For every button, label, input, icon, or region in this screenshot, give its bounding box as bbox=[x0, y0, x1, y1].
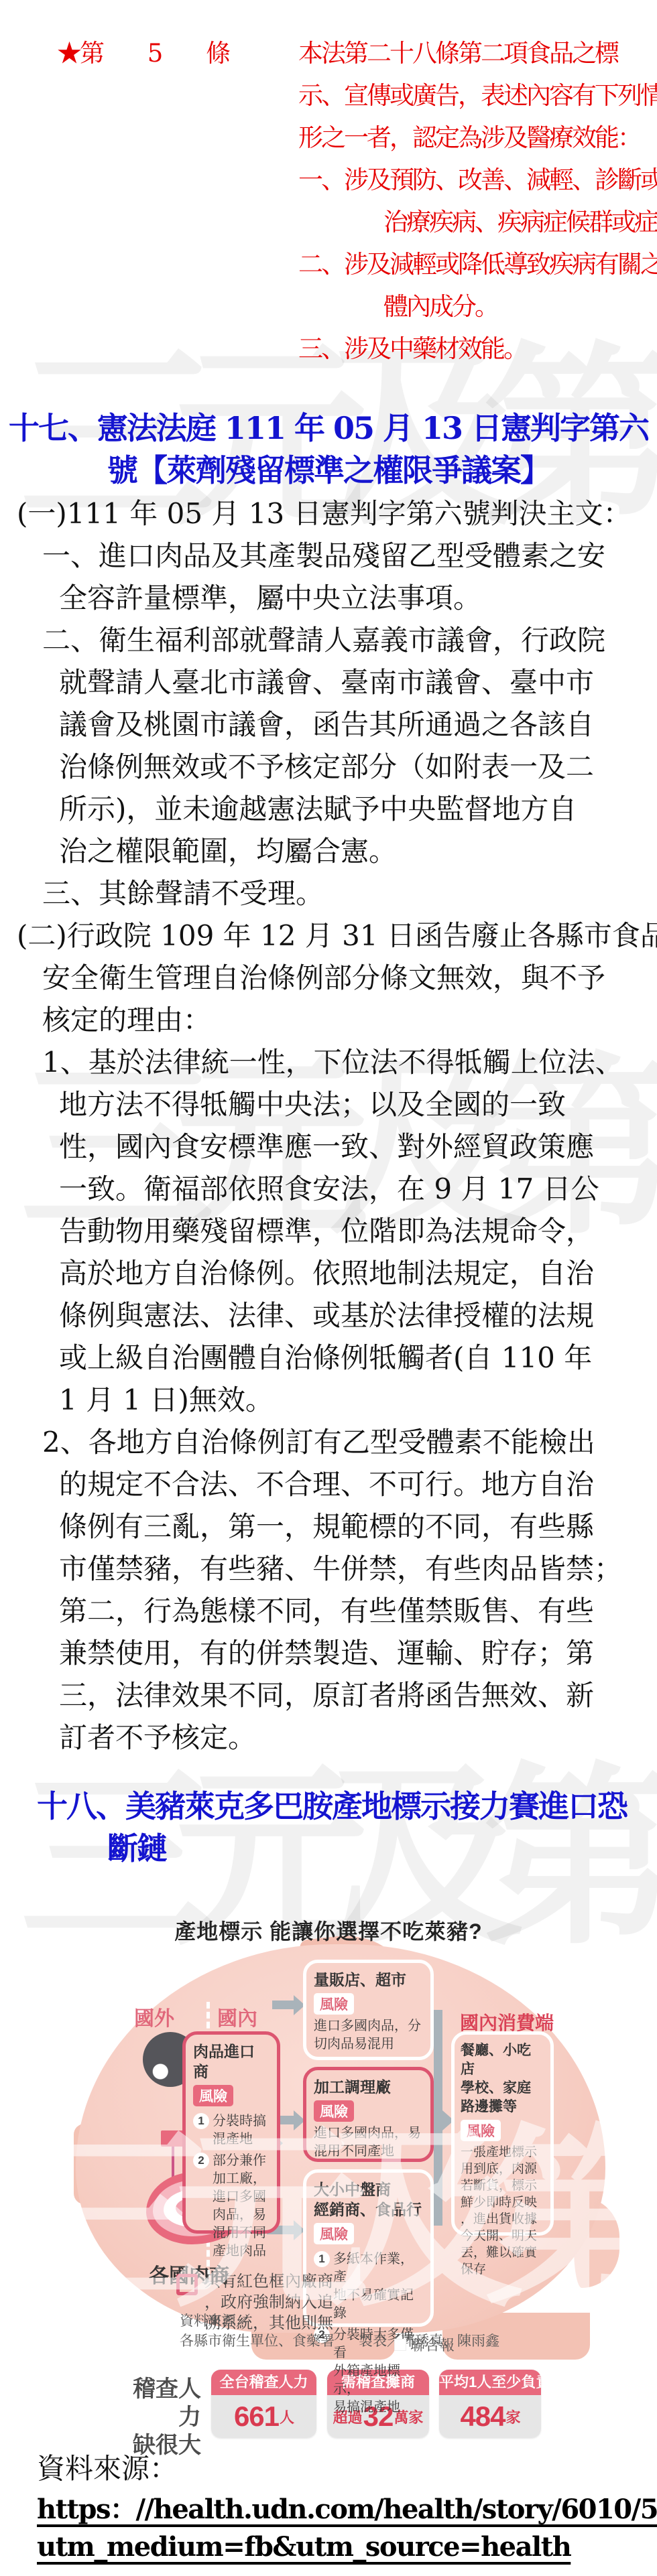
body-line: 就聲請人臺北市議會、臺南市議會、臺中市 bbox=[0, 661, 657, 703]
credits-source-label: 資料來源／ bbox=[180, 2311, 499, 2331]
arrow-right-icon bbox=[272, 2001, 294, 2009]
press-logo: 聯合報 bbox=[394, 2334, 455, 2355]
body-line: 的規定不合法、不合理、不可行。地方自治 bbox=[0, 1463, 657, 1505]
clause-item: 三、涉及中藥材效能。 bbox=[0, 328, 657, 370]
arrow-right-icon bbox=[440, 2116, 442, 2124]
source-label: 資料來源： bbox=[37, 2447, 178, 2487]
item-text: 部分兼作 加工廠， 進口多國 肉品，易 混用不同 產地肉品 bbox=[213, 2152, 266, 2260]
stat-number: 661 bbox=[234, 2400, 279, 2433]
box-title: 量販店、超市 bbox=[314, 1970, 423, 1990]
source-link[interactable]: utm_medium=fb&utm_source=health bbox=[37, 2531, 571, 2563]
body-line: 訂者不予核定。 bbox=[0, 1716, 657, 1759]
body-line: 告動物用藥殘留標準，位階即為法規命令， bbox=[0, 1210, 657, 1252]
body-line: 二、衛生福利部就聲請人嘉義市議會，行政院 bbox=[0, 619, 657, 661]
body-line: 2、各地方自治條例訂有乙型受體素不能檢出 bbox=[0, 1421, 657, 1463]
box-title: 大小中盤商 經銷商、食品行 bbox=[314, 2179, 423, 2220]
stat-card-inspectors: 全台稽查人力 661 人 bbox=[211, 2370, 316, 2438]
risk-text: 一張產地標示 用到底，肉源 若斷貨，標示 鮮少即時反映 ，進出貨收據 今天開、明… bbox=[461, 2144, 544, 2278]
item-text: 分裝時搞 混產地 bbox=[213, 2112, 266, 2149]
flag-stick bbox=[172, 2145, 174, 2177]
body-line: (二)行政院 109 年 12 月 31 日函告廢止各縣市食品 bbox=[0, 914, 657, 957]
box-meat-importer: 肉品進口商 風險 1 分裝時搞 混產地 2 部分兼作 加工廠， 進口多國 肉品，… bbox=[182, 2031, 280, 2234]
body-line: 市僅禁豬，有些豬、牛併禁，有些肉品皆禁； bbox=[0, 1548, 657, 1590]
risk-text: 進口多國肉品，分 切肉品易混用 bbox=[314, 2017, 423, 2053]
risk-badge: 風險 bbox=[461, 2120, 501, 2141]
body-line: 治之權限範圍，均屬合憲。 bbox=[0, 830, 657, 872]
flag-icon bbox=[161, 2130, 185, 2147]
risk-badge: 風險 bbox=[314, 2100, 354, 2122]
red-clause-section: ★第 5 條本法第二十八條第二項食品之標 示、宣傳或廣告，表述內容有下列情 形之… bbox=[0, 32, 657, 370]
clause-item-cont: 治療疾病、疾病症候群或症狀。 bbox=[0, 201, 657, 243]
item-number: 1 bbox=[314, 2251, 330, 2267]
section-18-heading: 十八、美豬萊克多巴胺產地標示接力賽進口恐 斷鏈 bbox=[0, 1785, 657, 1870]
clause-item: 一、涉及預防、改善、減輕、診斷或 bbox=[0, 159, 657, 201]
section-17-heading: 十七、憲法法庭 111 年 05 月 13 日憲判字第六 號【萊劑殘留標準之權限… bbox=[0, 407, 657, 492]
label-domestic: 國內 bbox=[217, 2002, 257, 2031]
stat-unit: 家 bbox=[506, 2406, 521, 2427]
body-line: 性，國內食安標準應一致、對外經貿政策應 bbox=[0, 1126, 657, 1168]
risk-badge: 風險 bbox=[314, 1993, 354, 2015]
body-line: (一)111 年 05 月 13 日憲判字第六號判決主文： bbox=[0, 492, 657, 535]
document-page: 三元及第 三元及第 三元及第 三元及第 ★第 5 條本法第二十八條第二項食品之標… bbox=[0, 0, 657, 2576]
body-line: 條例與憲法、法律、或基於法律授權的法規 bbox=[0, 1294, 657, 1337]
body-line: 或上級自治團體自治條例牴觸者(自 110 年 bbox=[0, 1337, 657, 1379]
judgment-body: (一)111 年 05 月 13 日憲判字第六號判決主文： 一、進口肉品及其產製… bbox=[0, 492, 657, 1759]
item-number: 2 bbox=[193, 2153, 209, 2169]
heading-line: 號【萊劑殘留標準之權限爭議案】 bbox=[0, 450, 657, 492]
body-line: 治條例無效或不予核定部分（如附表一及二 bbox=[0, 746, 657, 788]
clause-text: 形之一者，認定為涉及醫療效能： bbox=[0, 117, 657, 159]
risk-text: 進口多國肉品，易 混用不同產地 bbox=[314, 2124, 423, 2161]
box-title: 肉品進口商 bbox=[193, 2041, 270, 2082]
clause-text: 本法第二十八條第二項食品之標 bbox=[298, 39, 617, 68]
body-line: 1、基於法律統一性，下位法不得牴觸上位法、 bbox=[0, 1041, 657, 1083]
risk-item: 1 分裝時搞 混產地 bbox=[193, 2112, 270, 2149]
body-line: 一、進口肉品及其產製品殘留乙型受體素之安 bbox=[0, 535, 657, 577]
pork-labeling-infographic: 產地標示 能讓你選擇不吃萊豬? 國外 國內 邊 境 各國肉商 bbox=[0, 1903, 657, 2370]
body-line: 地方法不得牴觸中央法；以及全國的一致 bbox=[0, 1083, 657, 1126]
credits-source: 各縣市衛生單位、食藥署 bbox=[180, 2331, 335, 2352]
box-title: 餐廳、小吃店 學校、家庭 路邊攤等 bbox=[461, 2041, 544, 2116]
stat-unit: 人 bbox=[280, 2406, 294, 2427]
risk-badge: 風險 bbox=[193, 2085, 233, 2106]
risk-badge: 風險 bbox=[314, 2223, 354, 2244]
clause-item: 二、涉及減輕或降低導致疾病有關之 bbox=[0, 243, 657, 285]
infographic-title: 產地標示 能讓你選擇不吃萊豬? bbox=[0, 1915, 657, 1946]
stat-number: 484 bbox=[460, 2400, 505, 2433]
clause-line: ★第 5 條本法第二十八條第二項食品之標 bbox=[0, 32, 657, 74]
box-processing-plant: 加工調理廠 風險 進口多國肉品，易 混用不同產地 bbox=[303, 2067, 434, 2162]
body-line: 條例有三亂，第一，規範標的不同，有些縣 bbox=[0, 1505, 657, 1548]
label-foreign: 國外 bbox=[134, 2002, 174, 2031]
stat-header: 平均1人至少負責 bbox=[439, 2370, 541, 2395]
body-line: 安全衛生管理自治條例部分條文無效，與不予 bbox=[0, 957, 657, 999]
stat-card-average: 平均1人至少負責 484 家 bbox=[439, 2370, 541, 2438]
box-consumer: 餐廳、小吃店 學校、家庭 路邊攤等 風險 一張產地標示 用到底，肉源 若斷貨，標… bbox=[451, 2031, 554, 2236]
box-title: 加工調理廠 bbox=[314, 2077, 423, 2097]
press-name: 聯合報 bbox=[410, 2334, 455, 2355]
body-line: 三，法律效果不同，原訂者將函告無效、新 bbox=[0, 1674, 657, 1716]
body-line: 全容許量標準，屬中央立法事項。 bbox=[0, 577, 657, 619]
body-line: 第二，行為態樣不同，有些僅禁販售、有些 bbox=[0, 1590, 657, 1632]
body-line: 兼禁使用，有的併禁製造、運輸、貯存；第 bbox=[0, 1632, 657, 1674]
stat-header: 全台稽查人力 bbox=[211, 2370, 316, 2395]
body-line: 核定的理由： bbox=[0, 999, 657, 1041]
risk-item: 2 部分兼作 加工廠， 進口多國 肉品，易 混用不同 產地肉品 bbox=[193, 2152, 270, 2260]
body-line: 1 月 1 日)無效。 bbox=[0, 1379, 657, 1421]
source-link[interactable]: https：//health.udn.com/health/story/6010… bbox=[37, 2488, 657, 2526]
body-line: 三、其餘聲請不受理。 bbox=[0, 872, 657, 914]
clause-number: ★第 5 條 bbox=[57, 32, 298, 74]
body-line: 高於地方自治條例。依照地制法規定，自治 bbox=[0, 1252, 657, 1294]
clause-text: 示、宣傳或廣告，表述內容有下列情 bbox=[0, 74, 657, 117]
red-frame-icon bbox=[176, 2274, 198, 2295]
press-square-icon bbox=[394, 2339, 406, 2351]
heading-line: 十七、憲法法庭 111 年 05 月 13 日憲判字第六 bbox=[0, 407, 657, 450]
heading-line: 斷鏈 bbox=[0, 1828, 657, 1870]
clause-item-cont: 體內成分。 bbox=[0, 285, 657, 328]
body-line: 議會及桃園市議會，函告其所通過之各該自 bbox=[0, 703, 657, 746]
body-line: 一致。衛福部依照食安法，在 9 月 17 日公 bbox=[0, 1168, 657, 1210]
box-hypermarket: 量販店、超市 風險 進口多國肉品，分 切肉品易混用 bbox=[303, 1960, 434, 2060]
item-number: 1 bbox=[193, 2113, 209, 2129]
heading-line: 十八、美豬萊克多巴胺產地標示接力賽進口恐 bbox=[0, 1785, 657, 1828]
body-line: 所示)，並未逾越憲法賦予中央監督地方自 bbox=[0, 788, 657, 830]
